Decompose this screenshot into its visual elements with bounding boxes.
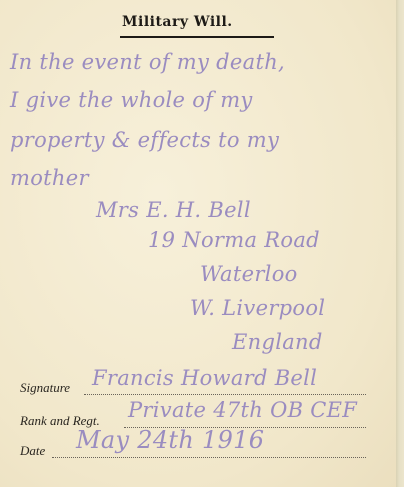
address-line-2: 19 Norma Road xyxy=(148,228,320,252)
signature-line xyxy=(84,394,366,395)
signature-label: Signature xyxy=(20,380,70,396)
title-underline xyxy=(120,36,274,38)
rank-value: Private 47th OB CEF xyxy=(128,398,357,422)
date-label: Date xyxy=(20,443,45,459)
page-edge xyxy=(396,0,404,487)
body-line-2: I give the whole of my xyxy=(10,88,253,112)
form-title: Military Will. xyxy=(122,14,233,30)
body-line-1: In the event of my death, xyxy=(10,50,285,74)
signature-value: Francis Howard Bell xyxy=(92,366,317,390)
address-line-4: W. Liverpool xyxy=(190,296,325,320)
address-line-1: Mrs E. H. Bell xyxy=(96,198,251,222)
date-value: May 24th 1916 xyxy=(76,426,264,454)
body-line-3: property & effects to my xyxy=(10,128,279,152)
address-line-3: Waterloo xyxy=(200,262,298,286)
date-line xyxy=(52,457,366,458)
address-line-5: England xyxy=(232,330,323,354)
body-line-4: mother xyxy=(10,166,89,190)
